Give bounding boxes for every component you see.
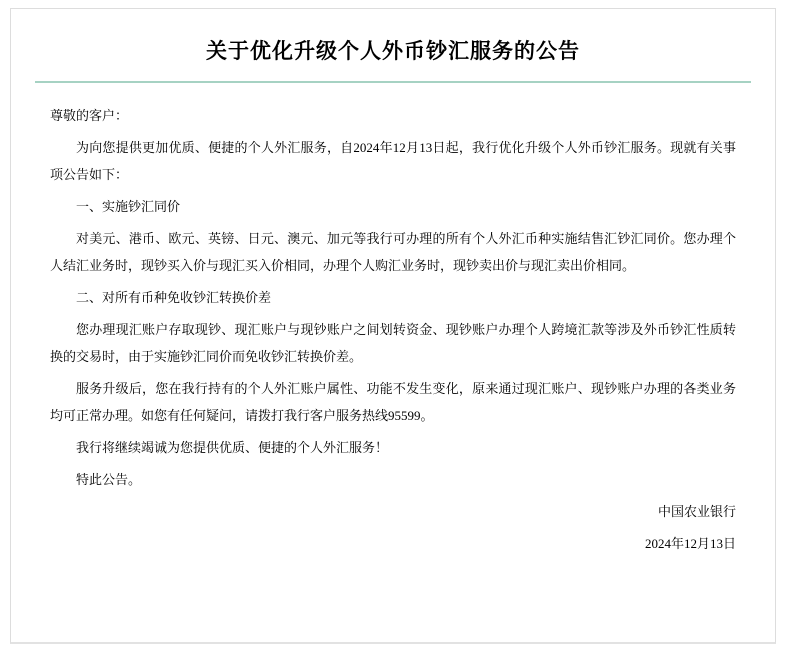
- signature-date: 2024年12月13日: [50, 530, 736, 557]
- page-title: 关于优化升级个人外币钞汇服务的公告: [35, 38, 751, 64]
- announcement-body: 尊敬的客户： 为向您提供更加优质、便捷的个人外汇服务，自2024年12月13日起…: [35, 83, 751, 557]
- section-2-heading: 二、对所有币种免收钞汇转换价差: [50, 284, 736, 311]
- section-1-body: 对美元、港币、欧元、英镑、日元、澳元、加元等我行可办理的所有个人外汇币种实施结售…: [50, 225, 736, 279]
- browser-viewport: 关于优化升级个人外币钞汇服务的公告 尊敬的客户： 为向您提供更加优质、便捷的个人…: [0, 0, 791, 653]
- signature-bank-name: 中国农业银行: [50, 498, 736, 525]
- section-2-body: 您办理现汇账户存取现钞、现汇账户与现钞账户之间划转资金、现钞账户办理个人跨境汇款…: [50, 316, 736, 370]
- intro-paragraph: 为向您提供更加优质、便捷的个人外汇服务，自2024年12月13日起，我行优化升级…: [50, 134, 736, 188]
- signature-block: 中国农业银行 2024年12月13日: [50, 498, 736, 557]
- salutation: 尊敬的客户：: [50, 102, 736, 129]
- closing-paragraph-promise: 我行将继续竭诚为您提供优质、便捷的个人外汇服务！: [50, 434, 736, 461]
- section-1-heading: 一、实施钞汇同价: [50, 193, 736, 220]
- announcement-card: 关于优化升级个人外币钞汇服务的公告 尊敬的客户： 为向您提供更加优质、便捷的个人…: [10, 8, 776, 644]
- closing-paragraph-service: 服务升级后，您在我行持有的个人外汇账户属性、功能不发生变化，原来通过现汇账户、现…: [50, 375, 736, 429]
- closing-paragraph-notice: 特此公告。: [50, 466, 736, 493]
